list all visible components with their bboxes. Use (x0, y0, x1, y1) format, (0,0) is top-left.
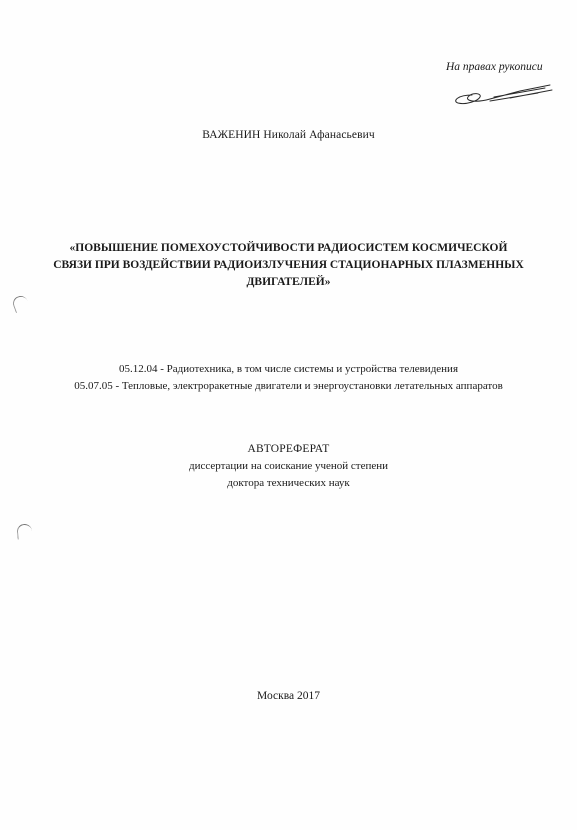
abstract-heading: АВТОРЕФЕРАТ (0, 441, 577, 458)
title-line: СВЯЗИ ПРИ ВОЗДЕЙСТВИИ РАДИОИЗЛУЧЕНИЯ СТА… (40, 257, 537, 274)
abstract-degree-line: доктора технических наук (0, 475, 577, 492)
specialty-line: 05.07.05 - Тепловые, электроракетные дви… (0, 378, 577, 395)
abstract-degree-line: диссертации на соискание ученой степени (0, 458, 577, 475)
document-page: На правах рукописи ВАЖЕНИН Николай Афана… (0, 0, 577, 830)
dissertation-title: «ПОВЫШЕНИЕ ПОМЕХОУСТОЙЧИВОСТИ РАДИОСИСТЕ… (40, 240, 537, 291)
title-line: «ПОВЫШЕНИЕ ПОМЕХОУСТОЙЧИВОСТИ РАДИОСИСТЕ… (40, 240, 537, 257)
signature-icon (450, 79, 560, 107)
abstract-block: АВТОРЕФЕРАТ диссертации на соискание уче… (0, 441, 577, 492)
title-line: ДВИГАТЕЛЕЙ» (40, 274, 537, 291)
specialty-codes: 05.12.04 - Радиотехника, в том числе сис… (0, 361, 577, 395)
manuscript-note: На правах рукописи (446, 61, 543, 73)
punch-hole-mark-icon (16, 523, 32, 539)
author-name: ВАЖЕНИН Николай Афанасьевич (0, 129, 577, 141)
punch-hole-mark-icon (11, 294, 30, 313)
city-year: Москва 2017 (0, 690, 577, 702)
specialty-line: 05.12.04 - Радиотехника, в том числе сис… (0, 361, 577, 378)
